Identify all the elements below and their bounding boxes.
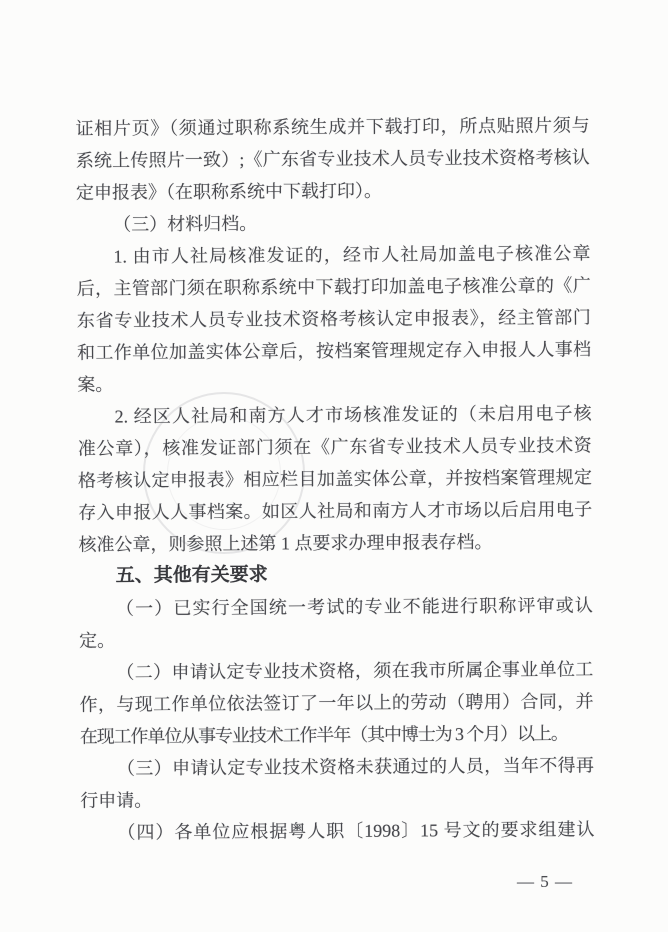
text-line: 1. 由市人社局核准发证的，经市人社局加盖电子核准公章 (76, 237, 590, 273)
document-body: 证相片页》（须通过职称系统生成并下载打印，所点贴照片须与系统上传照片一致）;《广… (75, 109, 594, 849)
page-number: — 5 — (517, 871, 573, 893)
text-line: （二）申请认定专业技术资格，须在我市所属企事业单位工 (79, 653, 593, 689)
text-line: （四）各单位应根据粤人职〔1998〕15 号文的要求组建认 (80, 813, 594, 849)
text-line: （三）申请认定专业技术资格未获通过的人员，当年不得再 (80, 749, 594, 785)
text-line: 定申报表》（在职称系统中下载打印）。 (76, 173, 590, 209)
text-line: （一）已实行全国统一考试的专业不能进行职称评审或认 (79, 589, 593, 625)
text-line: 案。 (77, 365, 591, 401)
text-line: 行申请。 (80, 781, 594, 817)
text-line: 定。 (79, 621, 593, 657)
section-heading: 五、其他有关要求 (79, 557, 593, 593)
text-line: 和工作单位加盖实体公章后，按档案管理规定存入申报人人事档 (77, 333, 591, 369)
text-line: （三）材料归档。 (76, 205, 590, 241)
text-line: 格考核认定申报表》相应栏目加盖实体公章，并按档案管理规定 (78, 461, 592, 497)
text-line: 后，主管部门须在职称系统中下载打印加盖电子核准公章的《广 (77, 269, 591, 305)
text-line: 系统上传照片一致）;《广东省专业技术人员专业技术资格考核认 (76, 141, 590, 177)
text-line: 2. 经区人社局和南方人才市场核准发证的（未启用电子核 (77, 397, 591, 433)
scanned-document-page: 证相片页》（须通过职称系统生成并下载打印，所点贴照片须与系统上传照片一致）;《广… (0, 0, 668, 932)
text-line: 作，与现工作单位依法签订了一年以上的劳动（聘用）合同，并 (79, 685, 593, 721)
text-line: 东省专业技术人员专业技术资格考核认定申报表》，经主管部门 (77, 301, 591, 337)
text-line: 核准公章，则参照上述第 1 点要求办理申报表存档。 (78, 525, 592, 561)
text-line: 在现工作单位从事专业技术工作半年（其中博士为 3 个月）以上。 (80, 717, 594, 753)
text-line: 准公章），核准发证部门须在《广东省专业技术人员专业技术资 (78, 429, 592, 465)
text-line: 证相片页》（须通过职称系统生成并下载打印，所点贴照片须与 (75, 109, 589, 145)
text-line: 存入申报人人事档案。如区人社局和南方人才市场以后启用电子 (78, 493, 592, 529)
